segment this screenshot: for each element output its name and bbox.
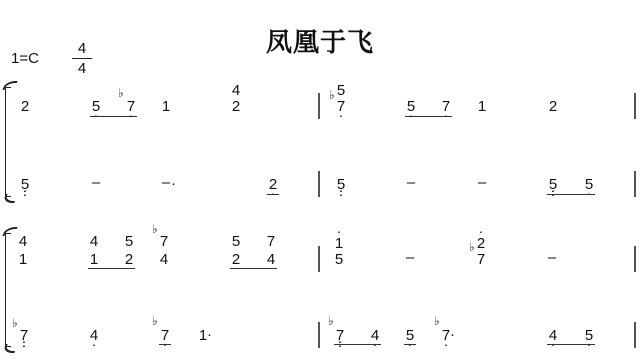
note: 5 — [230, 234, 242, 250]
note: 5 — [547, 177, 559, 193]
note: 2 — [267, 177, 279, 193]
barline — [318, 93, 320, 119]
beam-underline — [547, 194, 595, 195]
note: 1 — [476, 99, 488, 115]
augmentation-dot: · — [171, 175, 176, 192]
beam-underline — [90, 116, 137, 117]
flat-icon: ♭ — [434, 314, 440, 328]
note: 4 — [158, 252, 170, 268]
note: 7 — [335, 99, 347, 115]
beam-underline — [159, 344, 171, 345]
flat-icon: ♭ — [328, 314, 334, 328]
note: 2 — [230, 252, 242, 268]
beam-underline — [334, 344, 381, 345]
sustain-dash: – — [90, 175, 102, 191]
augmentation-dot: · — [450, 326, 455, 343]
barline — [634, 171, 636, 197]
note: 4 — [369, 328, 381, 344]
flat-icon: ♭ — [329, 88, 335, 102]
note: 7 — [440, 99, 452, 115]
note: 5 — [333, 252, 345, 268]
barline — [318, 322, 320, 348]
note: 1 — [17, 252, 29, 268]
note: 5 — [583, 328, 595, 344]
time-denominator: 4 — [72, 60, 92, 77]
note: 7 — [158, 234, 170, 250]
note: 4 — [88, 328, 100, 344]
augmentation-dot: · — [207, 326, 212, 343]
note: 1 — [160, 99, 172, 115]
beam-underline — [405, 116, 452, 117]
system-2-bracket — [5, 233, 11, 347]
note: 5 — [335, 83, 347, 99]
note: 2 — [547, 99, 559, 115]
sustain-dash: – — [405, 175, 417, 191]
note: 7 — [159, 328, 171, 344]
sustain-dash: – — [476, 175, 488, 191]
barline — [318, 246, 320, 272]
note: 2 — [123, 252, 135, 268]
barline — [318, 171, 320, 197]
beam-underline — [267, 194, 279, 195]
note: 5 — [123, 234, 135, 250]
note: 4 — [547, 328, 559, 344]
note: 7 — [334, 328, 346, 344]
beam-underline — [230, 268, 277, 269]
note: 4 — [265, 252, 277, 268]
beam-underline — [88, 268, 135, 269]
sustain-dash: – — [404, 250, 416, 266]
note: 5 — [583, 177, 595, 193]
note: 5 — [90, 99, 102, 115]
note: 5 — [335, 177, 347, 193]
note: 2 — [230, 99, 242, 115]
beam-underline — [404, 344, 416, 345]
note: 1 — [88, 252, 100, 268]
flat-icon: ♭ — [469, 240, 475, 254]
note: 2 — [475, 236, 487, 252]
note: 5 — [19, 177, 31, 193]
time-signature: 4 4 — [72, 40, 92, 77]
time-divider — [72, 58, 92, 59]
key-signature: 1=C — [11, 50, 39, 67]
note: 7 — [18, 328, 30, 344]
note: 4 — [17, 234, 29, 250]
note: 1 — [333, 236, 345, 252]
note: 4 — [230, 83, 242, 99]
system-1-bracket — [5, 87, 11, 197]
beam-underline — [547, 344, 595, 345]
score-title: 凤凰于飞 — [0, 22, 640, 59]
flat-icon: ♭ — [118, 86, 124, 100]
note: 7 — [475, 252, 487, 268]
note: 7 — [125, 99, 137, 115]
barline — [634, 322, 636, 348]
note: 2 — [19, 99, 31, 115]
flat-icon: ♭ — [152, 314, 158, 328]
barline — [634, 246, 636, 272]
note: 4 — [88, 234, 100, 250]
note: 5 — [404, 328, 416, 344]
note: 7 — [265, 234, 277, 250]
sustain-dash: – — [546, 250, 558, 266]
barline — [634, 93, 636, 119]
flat-icon: ♭ — [12, 316, 18, 330]
flat-icon: ♭ — [152, 222, 158, 236]
time-numerator: 4 — [72, 40, 92, 57]
note: 5 — [405, 99, 417, 115]
